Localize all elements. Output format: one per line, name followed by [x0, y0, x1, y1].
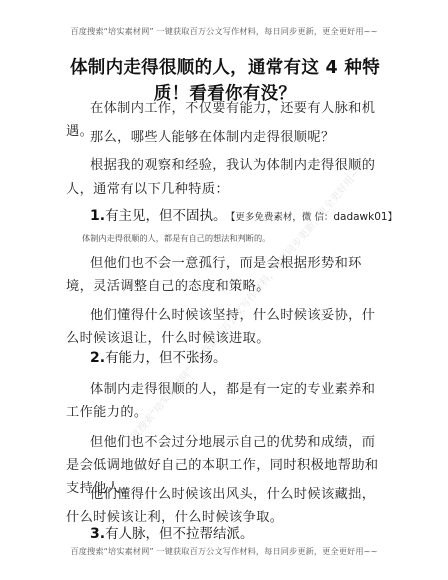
section-heading-text: 有主见，但不固执。	[105, 208, 227, 224]
paragraph-intro-3: 根据我的观察和经验，我认为体制内走得很顺的人，通常有以下几种特质：	[66, 154, 382, 202]
document-page: 百度搜索“培实素材网” 一键获取百万公文写作材料，每日同步更新，更全更好用~~ …	[0, 0, 448, 580]
promo-note: 【更多免费素材，微 信：dadawk01】	[231, 212, 398, 223]
section-1-small-note: 体制内走得很顺的人，都是有自己的想法和判断的。	[82, 233, 270, 244]
section-heading-text: 有人脉，但不拉帮结派。	[105, 526, 254, 542]
section-1-paragraph-1: 但他们也不会一意孤行，而是会根据形势和环境，灵活调整自己的态度和策略。	[66, 252, 382, 298]
promo-code: dadawk01	[333, 211, 387, 223]
section-2-paragraph-1: 体制内走得很顺的人，都是有一定的专业素养和工作能力的。	[66, 378, 382, 424]
section-number: 1.	[90, 208, 105, 224]
section-heading-text: 有能力，但不张扬。	[105, 350, 227, 366]
section-1-paragraph-2: 他们懂得什么时候该坚持，什么时候该妥协，什么时候该退让，什么时候该进取。	[66, 304, 382, 350]
section-heading-3: 3.有人脉，但不拉帮结派。	[90, 523, 254, 545]
page-footer-note: 百度搜索“培实素材网” 一键获取百万公文写作材料，每日同步更新，更全更好用~~	[0, 546, 448, 557]
section-number: 3.	[90, 526, 105, 542]
section-number: 2.	[90, 350, 105, 366]
section-heading-1: 1.有主见，但不固执。【更多免费素材，微 信：dadawk01】	[90, 205, 397, 229]
page-header-note: 百度搜索“培实素材网” 一键获取百万公文写作材料，每日同步更新，更全更好用~~	[0, 26, 448, 37]
section-heading-2: 2.有能力，但不张扬。	[90, 347, 227, 369]
paragraph-intro-2: 那么，哪些人能够在体制内走得很顺呢？	[66, 126, 382, 149]
